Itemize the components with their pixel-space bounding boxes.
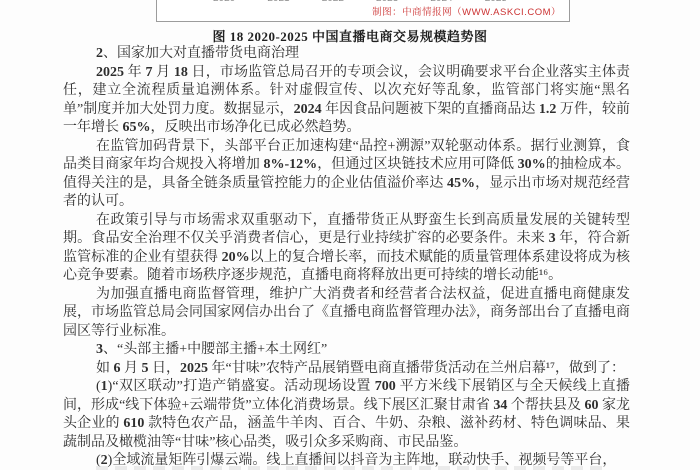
paragraph-platform-quality: 在监管加码背景下，头部平台正加速构建“品控+溯源”双轮驱动体系。据行业测算，食品… [63,138,630,212]
chart-source-watermark: 制图：中商情报网（WWW.ASKCI.COM） [372,4,561,18]
x-axis-tick-label: 2022 [322,0,344,5]
document-body: 2、国家加大对直播带货电商治理 2025 年 7 月 18 日，市场监管总局召开… [63,45,630,470]
paragraph-ganwei-event: 如 6 月 5 日，2025 年“甘味”农特产品展销暨电商直播带货活动在兰州启幕… [63,360,630,379]
document-page: 2020 2021 2022 2023 2024 2025 制图：中商情报网（W… [0,0,700,470]
section-heading-2: 2、国家加大对直播带货电商治理 [63,45,630,64]
paragraph-policy-growth: 在政策引导与市场需求双重驱动下，直播带货正从野蛮生长到高质量发展的关键转型期。食… [63,212,630,286]
paragraph-dual-zone: (1)“双区联动”打造产销盛宴。活动现场设置 700 平方米线下展销区与全天候线… [63,378,630,452]
chart-frame-clipped: 2020 2021 2022 2023 2024 2025 制图：中商情报网（W… [156,0,570,22]
x-axis-tick-label: 2020 [213,0,235,5]
clipped-next-line [96,466,606,470]
figure-caption: 图 18 2020-2025 中国直播电商交易规模趋势图 [0,26,700,45]
paragraph-supervision-measures: 为加强直播电商监督管理，维护广大消费者和经营者合法权益，促进直播电商健康发展，市… [63,286,630,342]
x-axis-tick-label: 2021 [267,0,289,5]
section-heading-3: 3、“头部主播+中腰部主播+本土网红” [63,341,630,360]
paragraph-regulation-meeting: 2025 年 7 月 18 日，市场监管总局召开的专项会议，会议明确要求平台企业… [63,64,630,138]
